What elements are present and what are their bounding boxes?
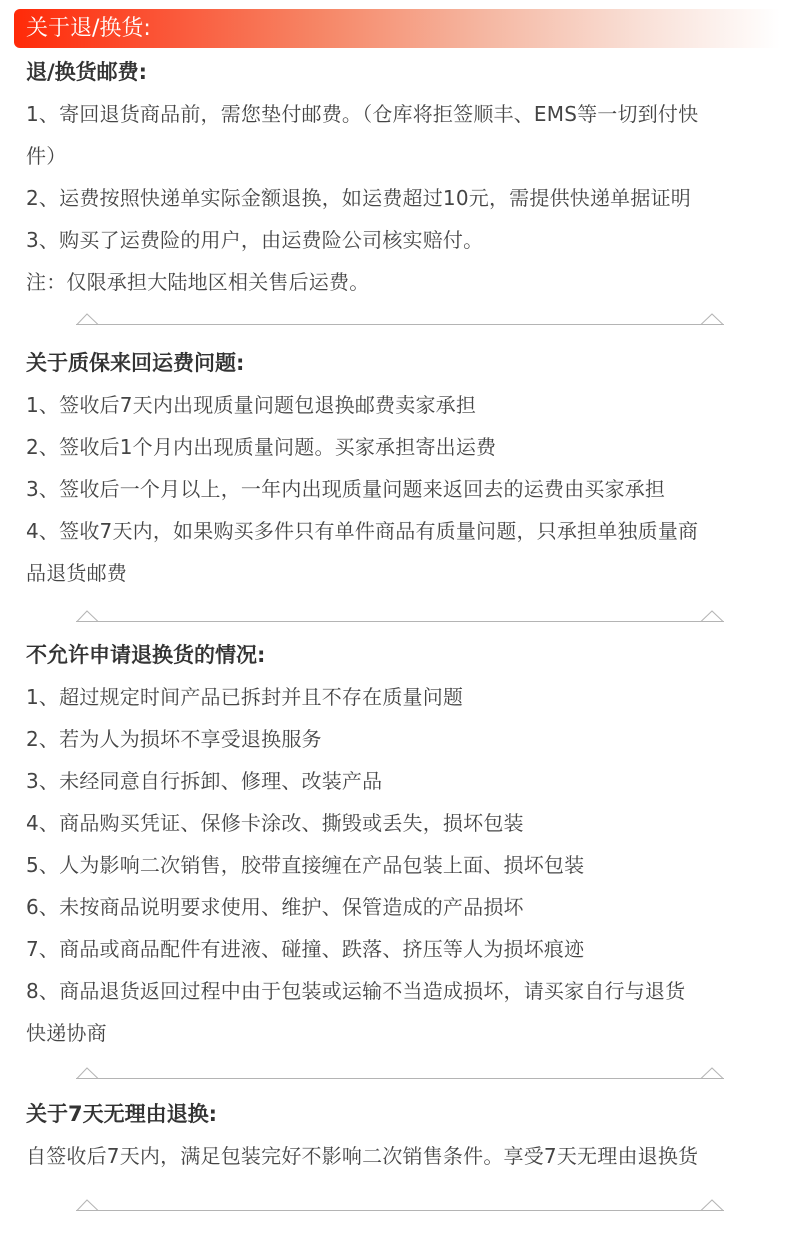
triangle-icon — [701, 1068, 723, 1079]
section-warranty-shipping: 关于质保来回运费问题: 1、签收后7天内出现质量问题包退换邮费卖家承担 2、签收… — [26, 342, 766, 594]
list-item: 2、若为人为损坏不享受退换服务 — [26, 718, 766, 760]
list-item: 件） — [26, 135, 766, 177]
divider — [76, 609, 724, 623]
divider — [76, 1066, 724, 1080]
list-item: 6、未按商品说明要求使用、维护、保管造成的产品损坏 — [26, 886, 766, 928]
triangle-icon — [77, 1200, 98, 1211]
divider — [76, 312, 724, 326]
list-item: 3、购买了运费险的用户，由运费险公司核实赔付。 — [26, 219, 766, 261]
list-item: 2、运费按照快递单实际金额退换，如运费超过10元，需提供快递单据证明 — [26, 177, 766, 219]
triangle-icon — [701, 1200, 723, 1211]
section-heading: 退/换货邮费: — [26, 51, 766, 93]
list-item: 1、寄回退货商品前，需您垫付邮费。（仓库将拒签顺丰、EMS等一切到付快 — [26, 93, 766, 135]
list-item: 4、商品购买凭证、保修卡涂改、撕毁或丢失，损坏包装 — [26, 802, 766, 844]
list-item: 8、商品退货返回过程中由于包装或运输不当造成损坏，请买家自行与退货 — [26, 970, 766, 1012]
triangle-icon — [77, 314, 98, 325]
list-item: 自签收后7天内，满足包装完好不影响二次销售条件。享受7天无理由退换货 — [26, 1135, 766, 1177]
list-item: 7、商品或商品配件有进液、碰撞、跌落、挤压等人为损坏痕迹 — [26, 928, 766, 970]
triangle-icon — [701, 611, 723, 622]
section-heading: 不允许申请退换货的情况: — [26, 634, 766, 676]
triangle-icon — [77, 611, 98, 622]
list-item: 快递协商 — [26, 1012, 766, 1054]
divider — [76, 1198, 724, 1212]
list-item: 2、签收后1个月内出现质量问题。买家承担寄出运费 — [26, 426, 766, 468]
section-7day-return: 关于7天无理由退换: 自签收后7天内，满足包装完好不影响二次销售条件。享受7天无… — [26, 1093, 766, 1177]
section-heading: 关于质保来回运费问题: — [26, 342, 766, 384]
section-not-returnable: 不允许申请退换货的情况: 1、超过规定时间产品已拆封并且不存在质量问题 2、若为… — [26, 634, 766, 1054]
banner-title: 关于退/换货: — [26, 9, 151, 48]
list-item: 4、签收7天内，如果购买多件只有单件商品有质量问题，只承担单独质量商 — [26, 510, 766, 552]
triangle-icon — [77, 1068, 98, 1079]
list-item: 品退货邮费 — [26, 552, 766, 594]
list-item: 1、签收后7天内出现质量问题包退换邮费卖家承担 — [26, 384, 766, 426]
list-item: 1、超过规定时间产品已拆封并且不存在质量问题 — [26, 676, 766, 718]
list-item: 注：仅限承担大陆地区相关售后运费。 — [26, 261, 766, 303]
section-banner: 关于退/换货: — [14, 9, 780, 48]
list-item: 3、未经同意自行拆卸、修理、改装产品 — [26, 760, 766, 802]
list-item: 3、签收后一个月以上，一年内出现质量问题来返回去的运费由买家承担 — [26, 468, 766, 510]
triangle-icon — [701, 314, 723, 325]
section-heading: 关于7天无理由退换: — [26, 1093, 766, 1135]
section-return-postage: 退/换货邮费: 1、寄回退货商品前，需您垫付邮费。（仓库将拒签顺丰、EMS等一切… — [26, 51, 766, 303]
list-item: 5、人为影响二次销售，胶带直接缠在产品包装上面、损坏包装 — [26, 844, 766, 886]
